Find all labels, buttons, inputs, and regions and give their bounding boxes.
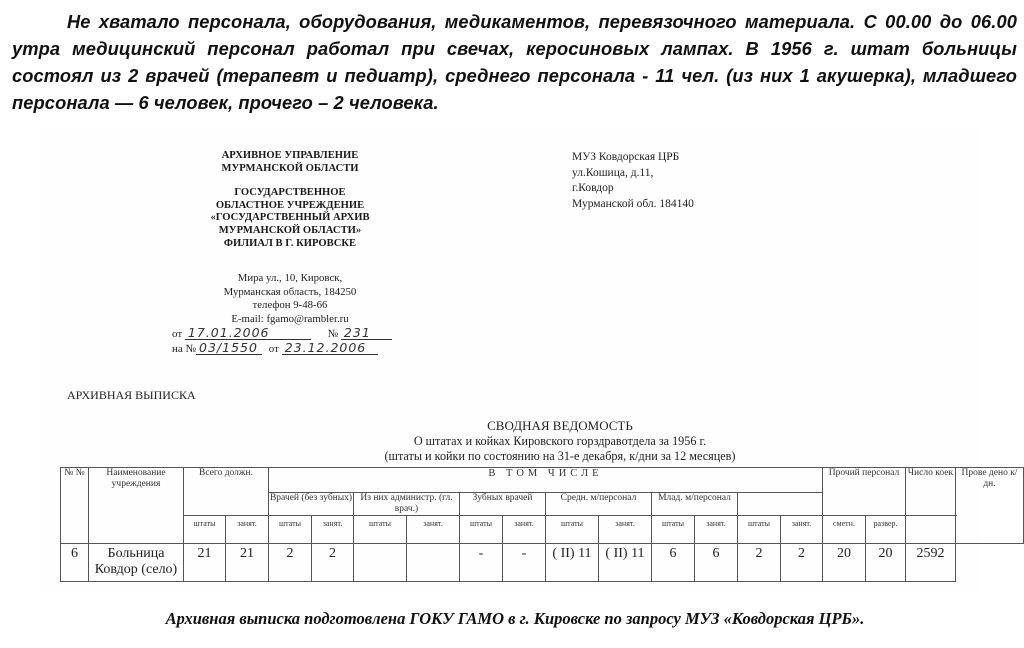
email-line: E-mail: fgamo@rambler.ru [160, 313, 420, 327]
sub-occupied: занят. [599, 516, 652, 544]
cell-beds-deployed: 20 [866, 544, 906, 582]
sub-staff: штаты [652, 516, 695, 544]
sub-estimate: сметн. [823, 516, 866, 544]
header-name: Наименование учреждения [89, 468, 184, 544]
cell-name: Больница Ковдор (село) [89, 544, 184, 582]
cell-junior-staff: 6 [652, 544, 695, 582]
cell-bed-days: 2592 [906, 544, 956, 582]
reply-label: на № [172, 343, 196, 355]
summary-title: СВОДНАЯ ВЕДОМОСТЬ [200, 418, 920, 434]
cell-other-staff: 2 [738, 544, 781, 582]
header-other-staff: Прочий персонал [823, 468, 906, 516]
header-num: № № [61, 468, 89, 544]
cell-mid-staff: ( II) 11 [546, 544, 599, 582]
header-total: Всего должн. [184, 468, 269, 516]
reply-date: 23.12.2006 [282, 341, 378, 355]
intro-paragraph: Не хватало персонала, оборудования, меди… [12, 8, 1017, 116]
table-row: 6 Больница Ковдор (село) 21 21 2 2 - - (… [61, 544, 1024, 582]
header-admin: Из них администр. (гл. врач.) [354, 493, 460, 516]
org-line: ФИЛИАЛ В Г. КИРОВСКЕ [160, 238, 420, 251]
cell-num: 6 [61, 544, 89, 582]
sub-staff: штаты [460, 516, 503, 544]
sub-staff: штаты [269, 516, 312, 544]
outgoing-ref-line: от 17.01.2006 № 231 [172, 326, 392, 340]
staff-beds-table: № № Наименование учреждения Всего должн.… [60, 467, 1024, 582]
summary-subtitle: О штатах и койках Кировского горздравотд… [200, 434, 920, 449]
reply-ref-line: на №03/1550 от 23.12.2006 [172, 341, 378, 355]
reply-number: 03/1550 [196, 341, 262, 355]
sender-address: Мира ул., 10, Кировск, Мурманская област… [160, 272, 420, 326]
reply-from-label: от [269, 343, 279, 355]
org-line: ГОСУДАРСТВЕННОЕ [160, 187, 420, 200]
cell-beds-estimate: 20 [823, 544, 866, 582]
sub-occupied: занят. [312, 516, 354, 544]
cell-junior-occupied: 6 [695, 544, 738, 582]
sub-staff: штаты [738, 516, 781, 544]
cell-admin-occupied [407, 544, 460, 582]
cell-mid-occupied: ( II) 11 [599, 544, 652, 582]
outgoing-number: 231 [341, 326, 392, 340]
from-label: от [172, 328, 182, 340]
sub-staff: штаты [184, 516, 226, 544]
cell-admin-staff [354, 544, 407, 582]
cell-dentists-occupied: - [503, 544, 546, 582]
sub-deployed: развер. [866, 516, 906, 544]
outgoing-date: 17.01.2006 [185, 326, 311, 340]
cell-other-occupied: 2 [781, 544, 823, 582]
cell-total-occupied: 21 [226, 544, 269, 582]
sub-staff: штаты [354, 516, 407, 544]
intro-line-1: Не хватало персонала, оборудования, меди… [67, 11, 855, 32]
org-line: МУРМАНСКОЙ ОБЛАСТИ» [160, 225, 420, 238]
sub-occupied: занят. [695, 516, 738, 544]
summary-note: (штаты и койки по состоянию на 31-е дека… [200, 449, 920, 464]
sub-occupied: занят. [781, 516, 823, 544]
org-line: МУРМАНСКОЙ ОБЛАСТИ [160, 163, 420, 176]
summary-heading: СВОДНАЯ ВЕДОМОСТЬ О штатах и койках Киро… [200, 418, 920, 464]
header-mid-staff: Средн. м/персонал [546, 493, 652, 516]
sub-occupied: занят. [503, 516, 546, 544]
sender-organization: АРХИВНОЕ УПРАВЛЕНИЕ МУРМАНСКОЙ ОБЛАСТИ Г… [160, 150, 420, 250]
number-label: № [328, 328, 339, 340]
sub-occupied: занят. [226, 516, 269, 544]
recipient-address: МУЗ Ковдорская ЦРБ ул.Кошица, д.11, г.Ко… [572, 150, 694, 212]
cell-doctors-occupied: 2 [312, 544, 354, 582]
header-junior-staff: Млад. м/персонал [652, 493, 738, 516]
header-including: В ТОМ ЧИСЛЕ [269, 468, 823, 493]
cell-doctors-staff: 2 [269, 544, 312, 582]
cell-dentists-staff: - [460, 544, 503, 582]
org-line: ОБЛАСТНОЕ УЧРЕЖДЕНИЕ [160, 200, 420, 213]
header-bed-days: Прове дено к/дн. [956, 468, 1024, 544]
sub-staff: штаты [546, 516, 599, 544]
recipient-line: г.Ковдор [572, 181, 694, 197]
org-line: «ГОСУДАРСТВЕННЫЙ АРХИВ [160, 212, 420, 225]
recipient-line: ул.Кошица, д.11, [572, 166, 694, 182]
header-dentists: Зубных врачей [460, 493, 546, 516]
header-doctors: Врачей (без зубных) [269, 493, 354, 516]
org-line: АРХИВНОЕ УПРАВЛЕНИЕ [160, 150, 420, 163]
sub-occupied: занят. [407, 516, 460, 544]
address-line: Мурманская область, 184250 [160, 286, 420, 300]
extract-title: АРХИВНАЯ ВЫПИСКА [67, 388, 196, 403]
address-line: телефон 9-48-66 [160, 299, 420, 313]
table-unit-row: штаты занят. штаты занят. штаты занят. ш… [61, 516, 1024, 544]
table-header-row: № № Наименование учреждения Всего должн.… [61, 468, 1024, 493]
address-line: Мира ул., 10, Кировск, [160, 272, 420, 286]
recipient-line: Мурманской обл. 184140 [572, 197, 694, 213]
cell-total-staff: 21 [184, 544, 226, 582]
recipient-line: МУЗ Ковдорская ЦРБ [572, 150, 694, 166]
footer-note: Архивная выписка подготовлена ГОКУ ГАМО … [40, 609, 990, 629]
header-beds: Число коек [906, 468, 956, 516]
